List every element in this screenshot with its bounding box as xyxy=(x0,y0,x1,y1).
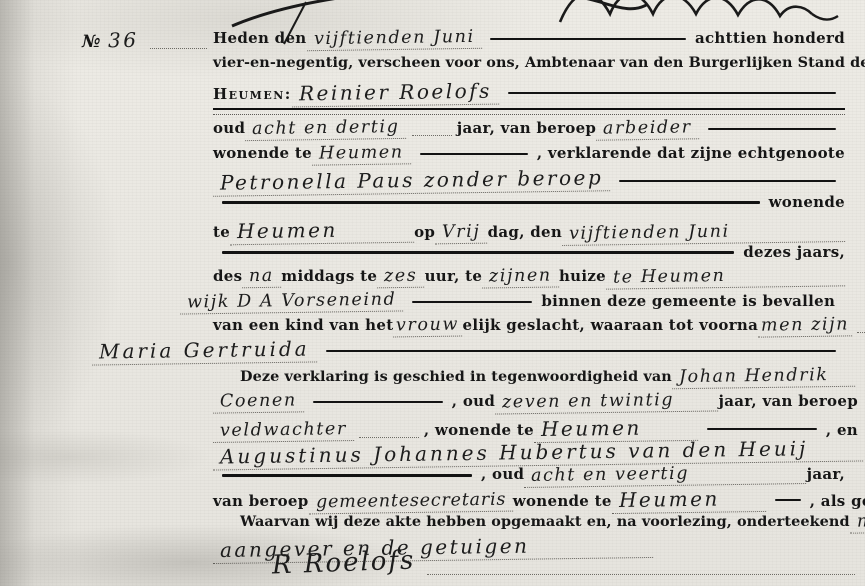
fill-dots xyxy=(857,332,865,333)
rule-line xyxy=(326,350,836,353)
record-number-row: № 36 xyxy=(82,28,212,53)
line-child-name: Maria Gertruida xyxy=(92,338,845,364)
rule-line xyxy=(213,108,845,115)
fill-line xyxy=(420,153,528,156)
fill-line xyxy=(490,38,686,41)
fill-line xyxy=(619,180,836,183)
line-closing: Waarvan wij deze akte hebben opgemaakt e… xyxy=(240,511,860,533)
line-child-gender: van een kind van het vrouw elijk geslach… xyxy=(213,315,845,337)
field-closing-hand1: met den xyxy=(850,510,865,533)
field-witness1-age: zeven en twintig xyxy=(495,389,719,414)
printed-text: , verklarende dat zijne echtgenoote xyxy=(537,144,845,162)
printed-municipality: Heumen: xyxy=(213,85,292,103)
field-witness2-age: acht en veertig xyxy=(524,462,807,488)
line-birth-time-house: des na middags te zes uur, te zijnen hui… xyxy=(213,266,845,288)
line-address-bevallen: wijk D A Vorseneind binnen deze gemeente… xyxy=(180,291,845,313)
printed-text: op xyxy=(414,223,435,241)
printed-text: Waarvan wij deze akte hebben opgemaakt e… xyxy=(240,513,850,530)
rule-line xyxy=(222,251,734,254)
field-declarant-age: acht en dertig xyxy=(245,117,407,141)
printed-text: jaar, van beroep xyxy=(719,392,858,410)
field-witness1-surname: Coenen xyxy=(213,390,304,413)
field-declarant-residence: Heumen xyxy=(312,142,411,165)
birth-certificate-scan: № 36 Heden den vijftienden Juni achttien… xyxy=(0,0,865,586)
fill-line xyxy=(313,401,443,404)
printed-text: oud xyxy=(213,119,245,137)
field-daypart: na xyxy=(242,266,281,289)
printed-text: Deze verklaring is geschied in tegenwoor… xyxy=(240,368,672,385)
printed-text: wonende te xyxy=(513,492,612,510)
fill-line xyxy=(775,499,801,502)
printed-text: van een kind van het xyxy=(213,316,393,334)
fill-dots xyxy=(150,48,207,49)
printed-text: jaar, xyxy=(807,465,845,483)
fill-line xyxy=(708,128,836,131)
printed-text: te xyxy=(213,223,230,241)
printed-text: , als getuigen. xyxy=(810,492,865,510)
fill-dots xyxy=(412,135,452,136)
field-house-place: te Heumen xyxy=(606,264,845,289)
field-birth-weekday: Vrij xyxy=(435,222,488,245)
printed-text: huize xyxy=(559,267,606,285)
printed-text: jaar, van beroep xyxy=(457,119,596,137)
line-mother-name: Petronella Paus zonder beroep xyxy=(213,168,845,194)
fill-dots xyxy=(427,574,855,575)
line-declarant-age-occupation: oud acht en dertig jaar, van beroep arbe… xyxy=(213,118,845,140)
fill-line xyxy=(412,301,532,304)
printed-text: van beroep xyxy=(213,492,309,510)
field-birth-hour: zes xyxy=(377,266,425,289)
rule-line xyxy=(222,201,760,204)
line-birth-place-date: te Heumen op Vrij dag, den vijftienden J… xyxy=(213,218,845,244)
printed-text: elijk geslacht, waaraan tot voorna xyxy=(462,316,758,334)
field-witness1-firstnames: Johan Hendrik xyxy=(672,365,855,390)
line-opening-date: Heden den vijftienden Juni achttien hond… xyxy=(213,28,845,50)
line-signature: R Roelofs xyxy=(265,548,860,579)
rule-line xyxy=(222,474,472,477)
line-year-officiant: vier-en-negentig, verscheen voor ons, Am… xyxy=(213,54,845,71)
printed-text: uur, te xyxy=(425,267,483,285)
field-declarant-occupation: arbeider xyxy=(596,117,699,140)
printed-text: vier-en-negentig, verscheen voor ons, Am… xyxy=(213,54,865,71)
field-house-address: wijk D A Vorseneind xyxy=(180,289,404,314)
line-witness2-residence: van beroep gemeentesecretaris wonende te… xyxy=(213,487,863,513)
printed-text: wonende xyxy=(769,193,845,211)
field-birth-place: Heumen xyxy=(230,217,414,246)
printed-text: middags te xyxy=(281,267,377,285)
line-witness2-age: , oud acht en veertig jaar, xyxy=(213,464,845,486)
line-rule-dezes-jaars: dezes jaars, xyxy=(213,243,845,261)
printed-text: wonende te xyxy=(213,144,312,162)
field-voornamen-plural: men zijn xyxy=(758,314,852,337)
declarant-signature: R Roelofs xyxy=(265,545,423,581)
field-child-name: Maria Gertruida xyxy=(92,336,317,365)
field-child-gender: vrouw xyxy=(393,315,462,338)
record-number-value: 36 xyxy=(101,28,146,54)
fill-line xyxy=(508,92,836,95)
printed-text: binnen deze gemeente is bevallen xyxy=(541,292,835,310)
printed-text: achttien honderd xyxy=(695,29,845,47)
field-whose-house: zijnen xyxy=(482,265,559,288)
line-declarant-name: Heumen: Reinier Roelofs xyxy=(213,80,845,106)
printed-text: , oud xyxy=(481,465,524,483)
line-witness1-intro: Deze verklaring is geschied in tegenwoor… xyxy=(240,366,855,388)
fill-dots xyxy=(359,437,419,438)
printed-text: , wonende te xyxy=(424,421,534,439)
printed-text: des xyxy=(213,267,242,285)
line-witness1-age: Coenen , oud zeven en twintig jaar, van … xyxy=(213,391,858,413)
printed-text: , oud xyxy=(452,392,495,410)
printed-text: dag, den xyxy=(488,223,562,241)
line-rule-wonende: wonende xyxy=(213,193,845,211)
printed-text: Heden den xyxy=(213,29,307,47)
fill-line xyxy=(707,428,817,431)
line-declarant-residence: wonende te Heumen , verklarende dat zijn… xyxy=(213,143,845,165)
record-number-label: № xyxy=(82,32,101,52)
field-declarant-name: Reinier Roelofs xyxy=(292,79,499,108)
field-act-date: vijftienden Juni xyxy=(306,27,481,51)
field-witness2-residence: Heumen xyxy=(612,486,766,514)
printed-text: dezes jaars, xyxy=(743,243,845,261)
